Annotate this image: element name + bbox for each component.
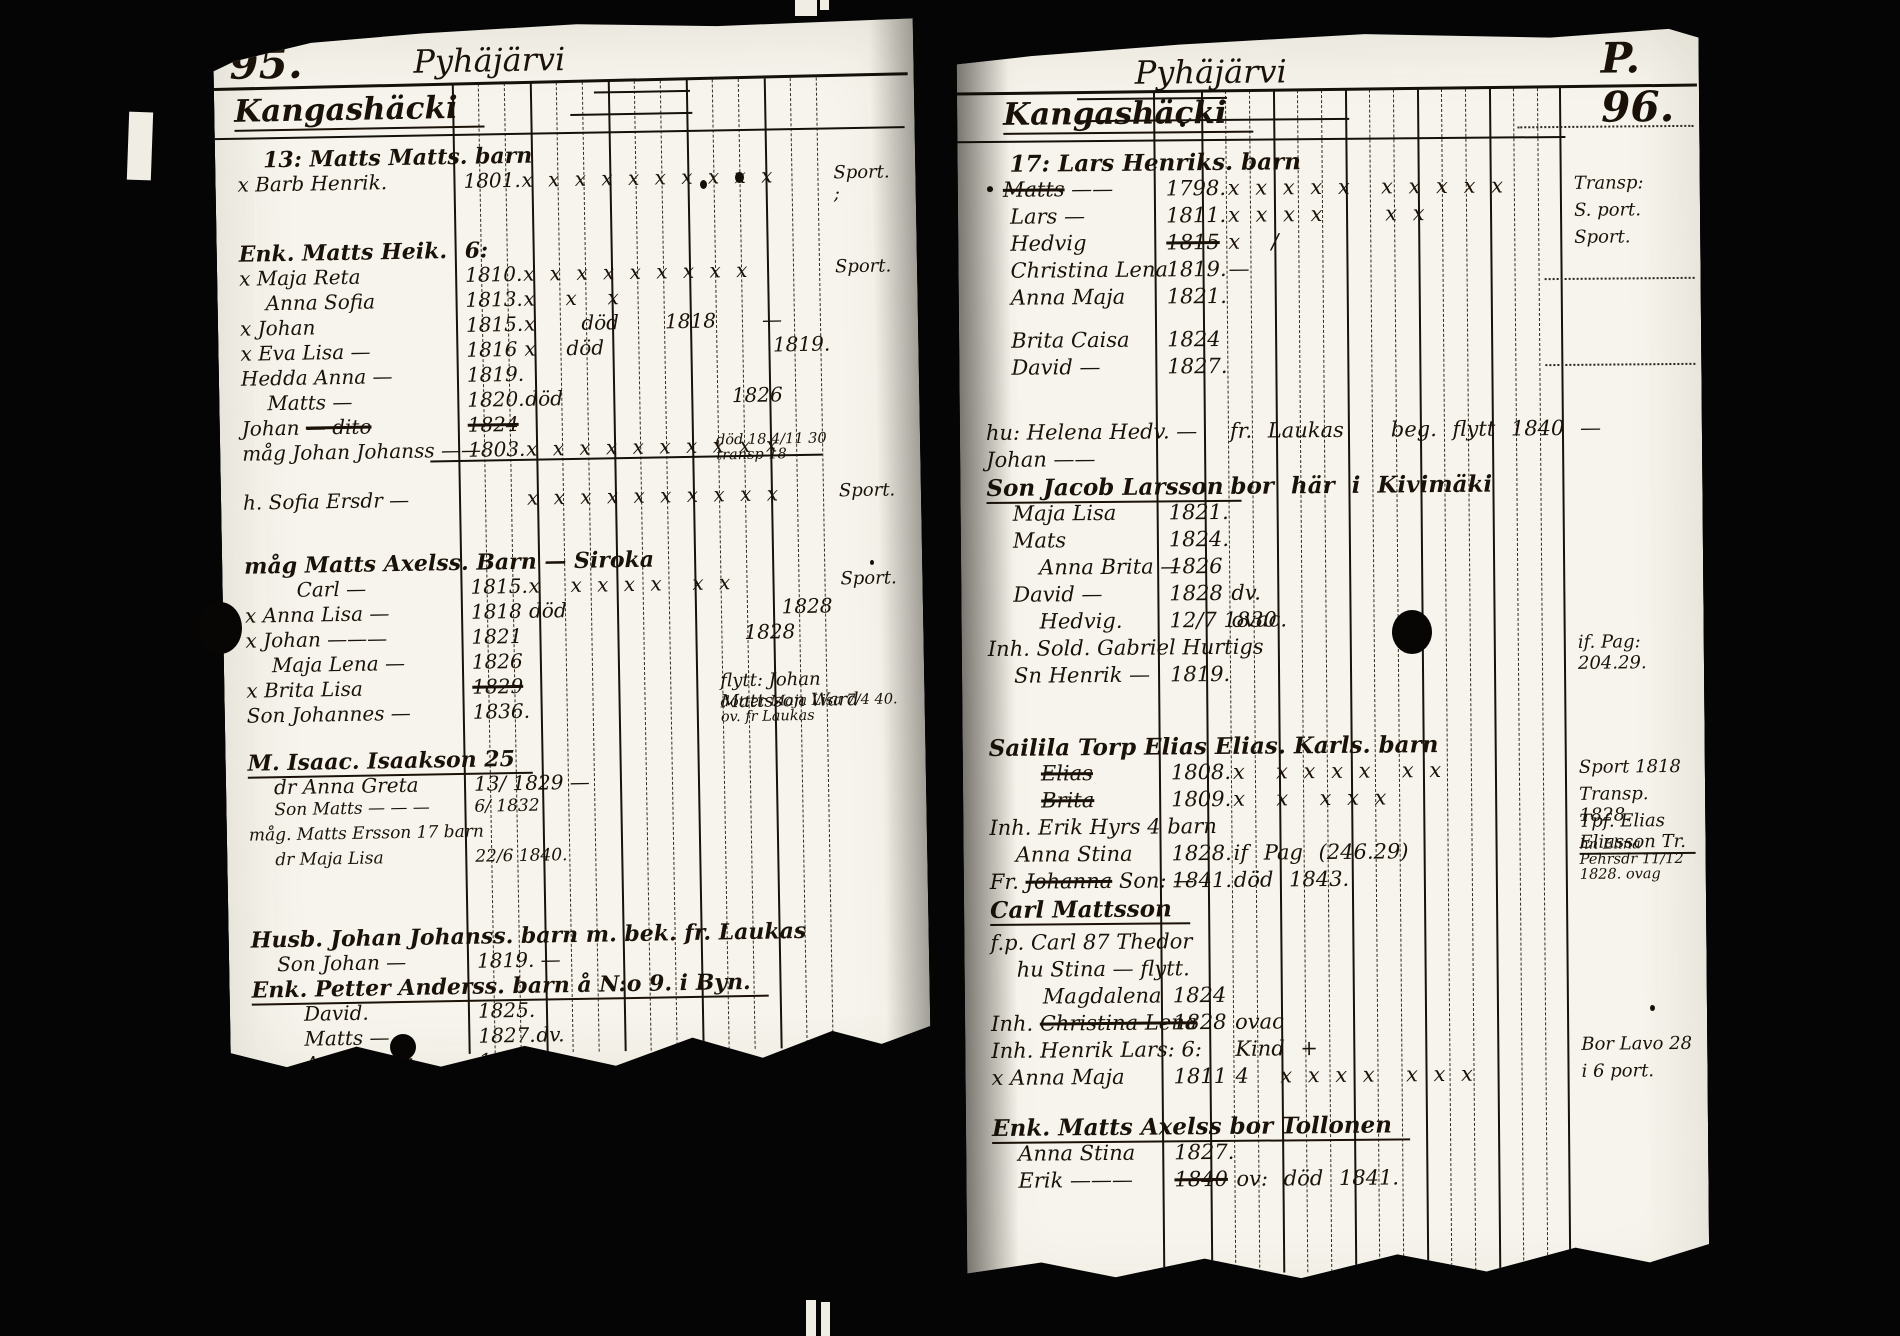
row-gap xyxy=(988,685,1694,735)
entry-year: 1836. xyxy=(473,699,531,724)
entry-note: S. port. xyxy=(1574,199,1641,221)
entry-year: 1813. xyxy=(465,287,523,312)
entry-name: x Eva Lisa — xyxy=(240,339,370,365)
entry-name: Fr. Johanna Son: — xyxy=(990,868,1195,894)
entry-name: Anna Maja xyxy=(253,1050,414,1077)
row-gap xyxy=(986,377,1692,421)
entry-name: Anna Brita — xyxy=(987,554,1181,580)
entry-name: h. Sofia Ersdr — xyxy=(243,488,410,515)
entry-note: död 18 4/11 30 transp 18 xyxy=(716,432,827,464)
entry-year: 1829 xyxy=(472,674,523,699)
entry-year: 1821. xyxy=(1169,500,1229,525)
entry-year: 6/ 1832 xyxy=(474,796,540,817)
entry-name-struck: Elias xyxy=(1041,761,1093,785)
entry-marks: bor här i Kivimäki xyxy=(1230,471,1492,500)
entry-name: Inh. Henrik Lars: 6: xyxy=(991,1037,1202,1063)
entry-name-struck: Brita xyxy=(1041,788,1094,812)
entry-name: hu: Helena Hedv. — xyxy=(986,419,1198,445)
entry-name: Elias xyxy=(989,761,1093,786)
entry-name: David — xyxy=(987,582,1102,607)
entry-marks: x x x x x x x xyxy=(1233,758,1442,784)
entry-year: 1828 xyxy=(1169,581,1223,605)
entry-name: x Johan ——— xyxy=(245,626,387,652)
village-header-right: Kangashäcki xyxy=(1003,95,1253,135)
entry-year: 1826 xyxy=(1169,554,1223,578)
entry-name: x Maja Reta xyxy=(239,265,361,291)
entry-marks: ovac. xyxy=(1231,607,1287,631)
entry-year: 1840 xyxy=(1174,1167,1228,1191)
entry-year: 1841. xyxy=(1172,868,1232,893)
entry-marks: x x x xyxy=(523,285,619,311)
ruled-line xyxy=(594,90,690,94)
entry-name: Anna Sofia xyxy=(239,289,375,315)
ink-speck xyxy=(700,180,707,189)
entry-name: 17: Lars Henriks. barn xyxy=(983,148,1301,178)
entry-note: Sport 1818 xyxy=(1579,756,1681,778)
entry-year: 1798. xyxy=(1166,176,1226,201)
entry-note: Sport. xyxy=(840,567,897,589)
ink-speck xyxy=(870,560,874,565)
entry-name: f.p. Carl 87 Thedor xyxy=(990,929,1192,955)
ink-speck xyxy=(735,172,744,183)
entry-name: Matts — xyxy=(241,390,353,416)
right-page: P. 96. Pyhäjärvi Kangashäcki 17: Lars He… xyxy=(956,25,1709,1309)
running-title-right: Pyhäjärvi xyxy=(1135,52,1287,91)
scan-blob-left-edge xyxy=(198,602,242,654)
page-number-right: P. 96. xyxy=(1600,33,1699,132)
ruled-line xyxy=(957,136,1565,143)
entry-marks: död 1826 xyxy=(525,382,783,410)
entry-year: 1818 xyxy=(471,599,522,624)
entry-year: 1819. xyxy=(467,362,525,387)
entry-name: Magdalena xyxy=(991,984,1162,1009)
film-edge-artifact xyxy=(127,112,153,181)
entry-marks: x x x x x x x x x xyxy=(523,258,748,286)
entry-name: Son Johannes — xyxy=(247,701,411,728)
entry-year: 1819. — xyxy=(477,947,561,972)
entry-year: 1810. xyxy=(465,262,523,287)
entry-year: 1821 xyxy=(471,624,522,649)
film-sprocket-bar-2 xyxy=(821,1302,830,1336)
entry-year: 1825. xyxy=(478,998,536,1023)
entry-marks: x / xyxy=(1228,229,1278,253)
entry-name: dr Anna Greta xyxy=(248,773,419,800)
entry-name: Maja Lena — xyxy=(246,651,406,678)
entry-name: Sailila Torp Elias Elias. Karls. barn xyxy=(989,731,1439,762)
entry-year: 1801. xyxy=(463,168,521,193)
left-page: 95. Pyhäjärvi Kangashäcki 13: Matts Matt… xyxy=(213,12,932,1096)
entry-note: Sport. xyxy=(839,479,896,501)
entry-name: Matts — xyxy=(252,1025,390,1051)
film-notch-top xyxy=(795,0,817,16)
entry-year: 1821. xyxy=(1167,284,1227,309)
scan-blob-bottom-left xyxy=(390,1034,416,1060)
entry-name: Carl Mattsson xyxy=(990,895,1190,926)
entry-name: Maja Lisa xyxy=(987,501,1117,526)
entry-name: x Anna Maja xyxy=(991,1065,1124,1090)
entry-year: 1827. xyxy=(1174,1140,1234,1165)
village-header-left: Kangashäcki xyxy=(234,89,484,131)
entry-name: Anna Stina xyxy=(992,1141,1135,1166)
entry-name: Son Johan — xyxy=(251,950,406,977)
entry-marks: Kind + xyxy=(1235,1036,1318,1061)
entry-note: i 6 port. xyxy=(1581,1060,1654,1082)
entry-name: Son Matts — — — xyxy=(248,798,430,821)
entry-marks: x x x x x x x xyxy=(528,570,730,598)
entry-name: • Matts —— xyxy=(984,177,1114,202)
entry-marks: 4 x x x x x x x xyxy=(1235,1062,1473,1088)
ruled-line xyxy=(957,84,1697,96)
entry-marks: fr. Laukas beg. flytt 1840 — xyxy=(1230,416,1601,443)
entry-marks: ovac xyxy=(1235,1009,1284,1033)
entry-name: Johan — dito xyxy=(242,414,372,440)
entry-name: x Brita Lisa xyxy=(246,677,363,703)
ruled-line xyxy=(570,112,692,116)
entry-name: x Johan xyxy=(240,315,316,340)
entry-year: 1827. xyxy=(1167,354,1227,379)
entry-name: Johan —— xyxy=(986,447,1096,472)
entry-marks: if Pag (246.29) xyxy=(1234,839,1409,865)
entry-year: 1808. xyxy=(1171,760,1231,785)
entry-name: Brita xyxy=(989,788,1094,813)
running-title-left: Pyhäjärvi xyxy=(413,40,566,81)
microfilm-scan: { "scan": { "background_color": "#050505… xyxy=(0,0,1900,1336)
entry-year: 1819. xyxy=(1166,257,1226,282)
entry-name: Brita Caisa xyxy=(985,328,1130,353)
entry-year: 1815. xyxy=(466,312,524,337)
entry-name: Inh. Erik Hyrs 4 barn xyxy=(989,814,1217,840)
entry-marks: x x x x x xyxy=(1233,786,1386,811)
entry-note: Transp: xyxy=(1574,172,1644,194)
person-row: Erik ——— 1840ov: död 1841. xyxy=(992,1163,1698,1196)
entry-marks: dv. xyxy=(1231,581,1261,605)
entry-year: 1829. xyxy=(479,1048,537,1073)
entry-note: dotter Maja Lisa 7/4 40. ov. fr Laukas xyxy=(720,692,906,725)
entry-year: 13/ 1829 — xyxy=(474,770,590,796)
entry-name-struck: Johanna xyxy=(1025,869,1112,894)
entry-name: Inh. Sold. Gabriel Hurtigs xyxy=(988,635,1264,661)
entry-note: Sport. xyxy=(835,255,892,277)
entry-marks: x x x x x x xyxy=(1228,201,1425,227)
entry-name: Lars — xyxy=(984,204,1085,229)
entry-name: måg Johan Johanss —— xyxy=(242,438,481,466)
right-page-column-grid xyxy=(956,25,1698,31)
right-page-entries: 17: Lars Henriks. barn • Matts ——1798.x … xyxy=(983,145,1698,1196)
entry-marks: — xyxy=(1228,257,1249,281)
entry-name-struck: — dito xyxy=(306,414,372,439)
entry-year: 1827. xyxy=(478,1023,536,1048)
entry-year: 1820. xyxy=(467,387,525,412)
entry-year: 1815. xyxy=(470,574,528,599)
entry-note: Sport. ; xyxy=(833,161,898,204)
entry-year: 1815 xyxy=(1166,230,1220,254)
entry-name: Sn Henrik — xyxy=(988,663,1150,688)
entry-name: Hedvig xyxy=(984,231,1086,256)
entry-year: 1828. xyxy=(1172,841,1232,866)
entry-name: dr Maja Lisa xyxy=(249,848,384,870)
entry-year: 1811 xyxy=(1173,1064,1227,1088)
entry-marks: ov: död 1841. xyxy=(1236,1165,1399,1190)
entry-name: Inh. Christina Lena xyxy=(991,1010,1197,1036)
entry-note: Sport. xyxy=(1574,226,1630,247)
entry-note: Bor Lavo 28 xyxy=(1581,1033,1692,1055)
film-notch-top-2 xyxy=(820,0,829,10)
entry-name: x Barb Henrik. xyxy=(237,170,387,197)
entry-year: 6: xyxy=(464,237,488,263)
entry-year: 22/6 1840. xyxy=(475,845,568,867)
entry-marks: dv. xyxy=(537,1047,566,1071)
entry-year: 1809. xyxy=(1171,787,1231,812)
entry-marks: x död 1818 — xyxy=(524,307,782,335)
entry-name: Christina Lena xyxy=(984,257,1168,283)
entry-name: måg. Matts Ersson 17 barn xyxy=(249,822,484,846)
entry-name: Anna Maja xyxy=(985,285,1126,310)
entry-year: 1828 xyxy=(1173,1010,1227,1034)
ink-speck xyxy=(1650,1005,1655,1011)
entry-year: 1824. xyxy=(1169,527,1229,552)
page-number-left: 95. xyxy=(229,39,303,89)
entry-name: David — xyxy=(985,355,1100,380)
entry-marks: x x x x x x x x x x xyxy=(1228,173,1503,199)
left-page-entries: 13: Matts Matts. barn x Barb Henrik. 180… xyxy=(237,136,913,1077)
entry-marks: död 1843. xyxy=(1234,867,1350,892)
entry-name: Hedda Anna — xyxy=(241,364,393,391)
entry-name: David. xyxy=(252,1001,369,1027)
entry-name: Carl — xyxy=(244,577,366,603)
entry-name: x Anna Lisa — xyxy=(245,601,390,628)
entry-name: Mats xyxy=(987,528,1066,553)
entry-year: 1811. xyxy=(1166,203,1226,228)
entry-year: 1819. xyxy=(1170,662,1230,687)
ink-speck xyxy=(1180,122,1185,127)
entry-year: 1824 xyxy=(1167,327,1221,351)
entry-name: Hedvig. xyxy=(987,609,1122,634)
entry-marks: x x x x x x x x x x xyxy=(527,481,778,509)
entry-year: 1803. xyxy=(468,437,526,462)
entry-marks: dv. xyxy=(536,1022,565,1046)
entry-name: Anna Stina xyxy=(990,842,1133,867)
entry-year: 1826 xyxy=(472,649,523,674)
entry-name: Erik ——— xyxy=(992,1168,1133,1193)
film-sprocket-bar xyxy=(806,1300,816,1336)
entry-year: 1816 xyxy=(466,337,517,362)
scan-blob-right-page xyxy=(1392,610,1432,654)
entry-marks: 1828 xyxy=(529,619,795,648)
entry-year: 1824 xyxy=(468,412,519,437)
entry-year: 1824 xyxy=(1173,983,1227,1007)
entry-name: hu Stina — flytt. xyxy=(991,956,1190,982)
entry-name-struck: Matts xyxy=(1003,177,1065,202)
